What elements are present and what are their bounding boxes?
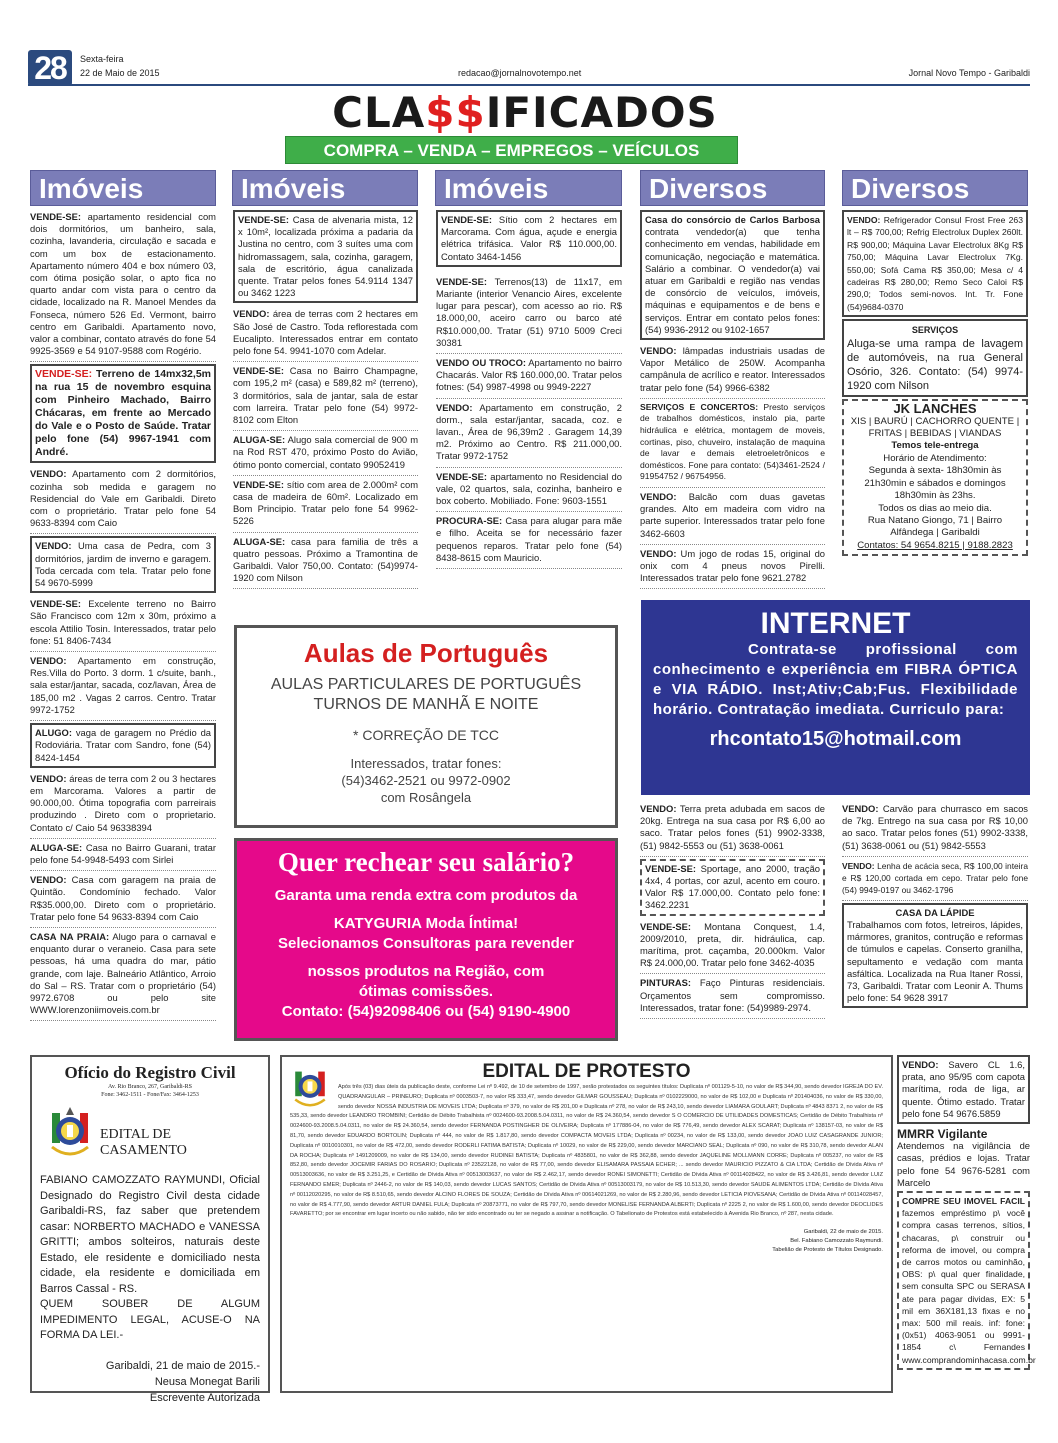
ad-keyword: PINTURAS: <box>640 977 691 988</box>
title-part1: CLA <box>332 88 425 137</box>
ad-keyword: VENDO: <box>35 540 71 551</box>
ad-text: Refrigerador Consul Frost Free 263 lt – … <box>847 215 1023 312</box>
ad-keyword: VENDE-SE: <box>30 211 81 222</box>
aulas-contact1: Interessados, tratar fones: <box>237 755 615 772</box>
civil-signature: Garibaldi, 21 de maio de 2015.- Neusa Mo… <box>40 1358 260 1406</box>
classified-ad: VENDO: Lenha de acácia seca, R$ 100,00 i… <box>842 857 1028 901</box>
column-right-bottom: VENDO: Savero CL 1.6, prata, ano 95/95 c… <box>897 1053 1030 1372</box>
ad-keyword: CASA NA PRAIA: <box>30 931 109 942</box>
classified-ad: VENDE-SE: apartamento no Residencial do … <box>436 468 622 513</box>
aulas-tcc: * CORREÇÃO DE TCC <box>237 727 615 743</box>
aulas-line2: TURNOS DE MANHÃ E NOITE <box>237 695 615 715</box>
jk-hours-label: Horário de Atendimento: <box>847 453 1023 465</box>
coat-of-arms-icon <box>46 1105 94 1161</box>
protesto-role: Tabelião de Protesto de Títulos Designad… <box>290 1246 883 1255</box>
protesto-place-date: Garibaldi, 22 de maio de 2015. <box>290 1228 883 1237</box>
ad-keyword: ALUGA-SE: <box>233 536 285 547</box>
ad-keyword: VENDO: <box>640 803 676 814</box>
ad-keyword: VENDE-SE: <box>441 214 492 225</box>
ad-keyword: VENDO: <box>30 874 66 885</box>
column-diversos-1: Casa do consórcio de Carlos Barbosa cont… <box>640 208 825 589</box>
classified-ad: VENDE-SE: Montana Conquest, 1.4, 2009/20… <box>640 918 825 975</box>
classified-ad: ALUGA-SE: Alugo sala comercial de 900 m … <box>233 431 418 476</box>
pink-line4: nossos produtos na Região, com <box>237 962 615 982</box>
classified-ad: VENDE-SE: apartamento residencial com do… <box>30 208 216 362</box>
ad-text: apartamento residencial com dois dormitó… <box>30 211 216 356</box>
ad-keyword: VENDO: <box>30 655 66 666</box>
pink-line3: Selecionamos Consultoras para revender <box>237 934 615 954</box>
pink-line1: Garanta uma renda extra com produtos da <box>237 886 615 906</box>
ad-keyword: VENDO: <box>902 1059 938 1070</box>
ad-keyword: VENDE-SE: <box>35 368 92 380</box>
ad-text: contrata vendedor(a) que tenha conhecime… <box>645 226 820 335</box>
aulas-contact3: com Rosângela <box>237 789 615 806</box>
classified-ad: ALUGA-SE: Casa no Bairro Guarani, tratar… <box>30 839 216 871</box>
jk-hours: Segunda à sexta- 18h30min às 21h30min e … <box>847 465 1023 502</box>
ad-keyword: VENDO: <box>842 861 875 871</box>
lapide-text: Trabalhamos com fotos, letreiros, lápide… <box>847 919 1023 1004</box>
jk-menu: XIS | BAURÚ | CACHORRO QUENTE | FRITAS |… <box>847 416 1023 441</box>
classified-ad: VENDO: área de terras com 2 hectares em … <box>233 305 418 362</box>
ad-keyword: PROCURA-SE: <box>436 515 502 526</box>
ad-keyword: VENDE-SE: <box>640 921 691 932</box>
compre-imovel-ad: COMPRE SEU IMOVEL FACIL fazemos emprésti… <box>897 1191 1030 1370</box>
protesto-signer: Bel. Fabiano Camozzato Raymundi. <box>290 1237 883 1246</box>
ad-text: fazemos empréstimo p\ você compra casas … <box>902 1208 1036 1364</box>
ad-keyword: VENDE-SE: <box>645 863 696 874</box>
mmrr-text: Atendemos na vigilância de casas, prédio… <box>897 1140 1030 1189</box>
classified-ad: VENDO: Balcão com duas gavetas grandes. … <box>640 488 825 545</box>
column-diversos-1-lower: VENDO: Terra preta adubada em sacos de 2… <box>640 800 825 1019</box>
jk-contacts: Contatos: 54 9654.8215 | 9188.2823 <box>847 540 1023 552</box>
section-imoveis-2: Imóveis <box>232 170 418 206</box>
pink-line6: Contato: (54)92098406 ou (54) 9190-4900 <box>237 1002 615 1022</box>
civil-signer: Neusa Monegat Barili <box>40 1374 260 1390</box>
ad-keyword: VENDO: <box>640 548 676 559</box>
coat-of-arms-icon <box>290 1065 330 1111</box>
ad-keyword: VENDE-SE: <box>238 214 289 225</box>
protesto-signature: Garibaldi, 22 de maio de 2015. Bel. Fabi… <box>290 1228 883 1255</box>
classified-ad: VENDE-SE: Casa no Bairro Champagne, com … <box>233 362 418 431</box>
ad-keyword: COMPRE SEU IMOVEL FACIL <box>902 1196 1025 1206</box>
section-imoveis-1: Imóveis <box>30 170 216 206</box>
classified-ad: VENDO: Um jogo de rodas 15, original do … <box>640 545 825 590</box>
aulas-subtitle: AULAS PARTICULARES DE PORTUGUÊS TURNOS D… <box>237 675 615 715</box>
aulas-line1: AULAS PARTICULARES DE PORTUGUÊS <box>237 675 615 695</box>
aulas-contact: Interessados, tratar fones: (54)3462-252… <box>237 755 615 806</box>
title-part2: IFICADOS <box>486 88 718 137</box>
classified-ad: ALUGA-SE: casa para familia de três a qu… <box>233 533 418 590</box>
internet-email-link[interactable]: rhcontato15@hotmail.com <box>653 728 1018 751</box>
ad-keyword: VENDE-SE: <box>30 598 81 609</box>
date-block: Sexta-feira 22 de Maio de 2015 <box>80 52 160 80</box>
ad-keyword: ALUGA-SE: <box>30 842 82 853</box>
classified-ad-boxed: VENDO: Refrigerador Consul Frost Free 26… <box>842 210 1028 317</box>
aulas-title: Aulas de Português <box>237 638 615 669</box>
pink-title: Quer rechear seu salário? <box>237 847 615 878</box>
protesto-body: Após três (03) dias úteis da publicação … <box>290 1083 883 1220</box>
ad-keyword: Casa do consórcio de Carlos Barbosa <box>645 214 820 225</box>
pink-line2: KATYGURIA Moda Íntima! <box>237 914 615 934</box>
classified-ad-boxed: VENDO: Uma casa de Pedra, com 3 dormitór… <box>30 536 216 593</box>
classified-ad: CASA NA PRAIA: Alugo para o carnaval e e… <box>30 928 216 1021</box>
savero-ad: VENDO: Savero CL 1.6, prata, ano 95/95 c… <box>897 1055 1030 1124</box>
ad-text: Alugo para o carnaval e enquanto durar o… <box>30 931 216 1015</box>
section-diversos-1: Diversos <box>640 170 825 206</box>
ad-keyword: VENDO: <box>842 803 878 814</box>
classified-ad: VENDO: Casa com garagem na praia de Quin… <box>30 871 216 928</box>
classified-ad-boxed: VENDE-SE: Casa de alvenaria mista, 12 x … <box>233 210 418 303</box>
ad-keyword: VENDO: <box>436 402 472 413</box>
classified-ad: VENDO: Carvão para churrasco em sacos de… <box>842 800 1028 857</box>
classified-ad: PINTURAS: Faço Pinturas residenciais. Or… <box>640 974 825 1019</box>
classified-ad-boxed: Casa do consórcio de Carlos Barbosa cont… <box>640 210 825 340</box>
servicos-text: Aluga-se uma rampa de lavagem de automóv… <box>847 337 1023 393</box>
classified-ad: VENDO: áreas de terra com 2 ou 3 hectare… <box>30 770 216 839</box>
ad-keyword: VENDE-SE: <box>436 471 487 482</box>
aulas-portugues-ad: Aulas de Português AULAS PARTICULARES DE… <box>234 625 618 828</box>
header-email[interactable]: redacao@jornalnovotempo.net <box>458 68 581 78</box>
internet-ad: INTERNET Contrata-se profissional com co… <box>641 600 1030 795</box>
jk-delivery: Temos tele-entrega <box>847 440 1023 452</box>
ad-keyword: VENDO: <box>30 773 66 784</box>
civil-title: Ofício do Registro Civil <box>40 1063 260 1083</box>
classified-ad: VENDO OU TROCO: Apartamento no bairro Ch… <box>436 354 622 399</box>
ad-keyword: VENDE-SE: <box>233 365 284 376</box>
civil-phones: Fone: 3462-1511 - Fone/Fax: 3464-1253 <box>40 1091 260 1099</box>
classified-ad: SERVIÇOS E CONCERTOS: Presto serviços de… <box>640 399 825 488</box>
column-imoveis-1: VENDE-SE: apartamento residencial com do… <box>30 208 216 1021</box>
civil-address: Av. Rio Branco, 267, Garibaldi-RS <box>40 1083 260 1091</box>
classified-ad: PROCURA-SE: Casa para alugar para mãe e … <box>436 512 622 569</box>
ad-keyword: ALUGO: <box>35 727 72 738</box>
ad-keyword: VENDO: <box>640 491 676 502</box>
mmrr-title: MMRR Vigilante <box>897 1128 1030 1140</box>
column-diversos-2: VENDO: Refrigerador Consul Frost Free 26… <box>842 208 1028 558</box>
date: 22 de Maio de 2015 <box>80 66 160 80</box>
jk-title: JK LANCHES <box>847 403 1023 415</box>
lapide-title: CASA DA LÁPIDE <box>847 907 1023 919</box>
ad-keyword: VENDE-SE: <box>233 479 284 490</box>
classified-ad-dashed: VENDE-SE: Sportage, ano 2000, tração 4x4… <box>640 859 825 916</box>
classified-ad: VENDE-SE: Excelente terreno no Bairro Sã… <box>30 595 216 652</box>
weekday: Sexta-feira <box>80 52 160 66</box>
ad-keyword: ALUGA-SE: <box>233 434 285 445</box>
civil-body-text: FABIANO CAMOZZATO RAYMUNDI, Oficial Desi… <box>40 1173 260 1297</box>
classified-ad-boxed: ALUGO: vaga de garagem no Prédio da Rodo… <box>30 723 216 768</box>
servicos-ad: SERVIÇOS Aluga-se uma rampa de lavagem d… <box>842 319 1028 397</box>
ad-keyword: VENDO: <box>233 308 269 319</box>
civil-place-date: Garibaldi, 21 de maio de 2015.- <box>40 1358 260 1374</box>
ad-keyword: VENDO: <box>30 468 66 479</box>
ad-text: Terreno de 14mx32,5m na rua 15 de novemb… <box>35 368 211 458</box>
ad-keyword: VENDO OU TROCO: <box>436 357 526 368</box>
classified-ad: VENDO: Apartamento com 2 dormitórios, co… <box>30 465 216 534</box>
page-header: 28 Sexta-feira 22 de Maio de 2015 redaca… <box>28 48 1030 86</box>
column-diversos-2-lower: VENDO: Carvão para churrasco em sacos de… <box>842 800 1028 1010</box>
ad-keyword: VENDO: <box>640 345 676 356</box>
servicos-title: SERVIÇOS <box>847 323 1023 337</box>
protesto-title: EDITAL DE PROTESTO <box>290 1061 883 1083</box>
classified-ad: VENDO: Apartamento em construção, 2 dorm… <box>436 399 622 468</box>
page-subtitle: COMPRA – VENDA – EMPREGOS – VEÍCULOS <box>285 136 738 164</box>
internet-title: INTERNET <box>653 608 1018 640</box>
edital-casamento-title: EDITAL DE CASAMENTO <box>100 1099 260 1159</box>
column-imoveis-2: VENDE-SE: Casa de alvenaria mista, 12 x … <box>233 208 418 589</box>
classified-ad: VENDE-SE: Terrenos(13) de 11x17, em Mari… <box>436 273 622 354</box>
civil-body: FABIANO CAMOZZATO RAYMUNDI, Oficial Desi… <box>40 1161 260 1344</box>
classified-ad: VENDO: Apartamento em construção, Res.Vi… <box>30 652 216 721</box>
ad-text: Presto serviços de trabalhos domésticos,… <box>640 402 825 482</box>
ad-keyword: VENDE-SE: <box>436 276 487 287</box>
classified-ad: VENDE-SE: sítio com area de 2.000m² com … <box>233 476 418 533</box>
jk-noon: Todos os dias ao meio dia. <box>847 503 1023 515</box>
edital-protesto-notice: EDITAL DE PROTESTO Após três (03) dias ú… <box>280 1055 893 1393</box>
katyguria-ad: Quer rechear seu salário? Garanta uma re… <box>234 838 618 1041</box>
civil-role: Escrevente Autorizada <box>40 1390 260 1406</box>
civil-warning: QUEM SOUBER DE ALGUM IMPEDIMENTO LEGAL, … <box>40 1297 260 1344</box>
pink-line5: ótimas comissões. <box>237 982 615 1002</box>
classified-ad-boxed: VENDE-SE: Sítio com 2 hectares em Marcor… <box>436 210 622 267</box>
classified-ad: VENDO: Terra preta adubada em sacos de 2… <box>640 800 825 857</box>
jk-address: Rua Natano Giongo, 71 | Bairro Alfândega… <box>847 515 1023 540</box>
section-imoveis-3: Imóveis <box>435 170 622 206</box>
aulas-contact2: (54)3462-2521 ou 9972-0902 <box>237 772 615 789</box>
title-dollars: $$ <box>425 88 485 137</box>
ad-keyword: SERVIÇOS E CONCERTOS: <box>640 402 758 412</box>
casa-da-lapide-ad: CASA DA LÁPIDE Trabalhamos com fotos, le… <box>842 903 1028 1009</box>
jk-lanches-ad: JK LANCHES XIS | BAURÚ | CACHORRO QUENTE… <box>842 399 1028 556</box>
classified-ad: VENDO: lâmpadas industriais usadas de Va… <box>640 342 825 399</box>
column-imoveis-3: VENDE-SE: Sítio com 2 hectares em Marcor… <box>436 208 622 569</box>
newspaper-name: Jornal Novo Tempo - Garibaldi <box>909 68 1030 78</box>
page-title: CLA$$IFICADOS <box>285 88 765 137</box>
classified-ad-boxed: VENDE-SE: Terreno de 14mx32,5m na rua 15… <box>30 364 216 463</box>
page-number: 28 <box>28 50 72 86</box>
ad-text: Casa de alvenaria mista, 12 x 10m², loca… <box>238 214 413 298</box>
ad-keyword: VENDO: <box>847 215 880 225</box>
section-diversos-2: Diversos <box>842 170 1028 206</box>
internet-text: Contrata-se profissional com conheciment… <box>653 640 1018 720</box>
registro-civil-notice: Ofício do Registro Civil Av. Rio Branco,… <box>30 1055 270 1393</box>
